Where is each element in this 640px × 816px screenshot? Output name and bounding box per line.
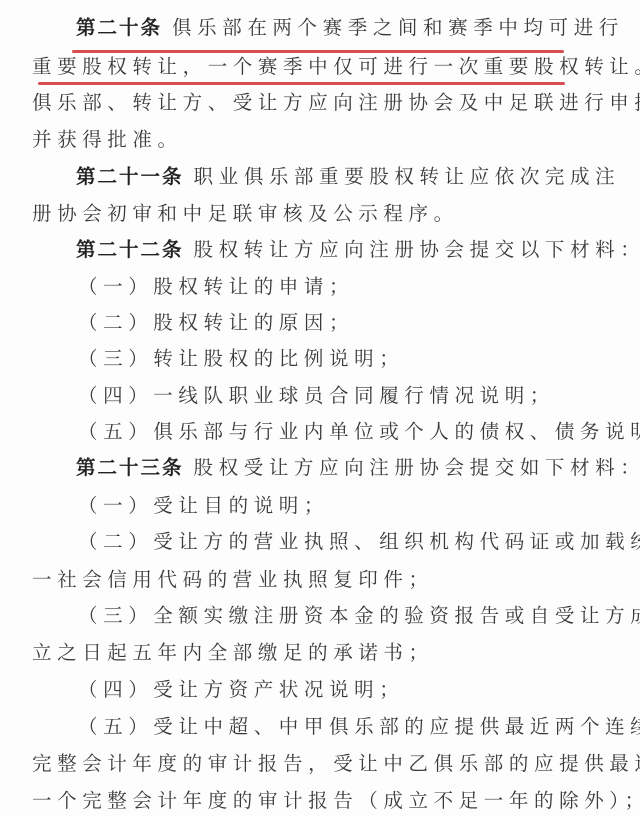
- article-22-item-1: （一）股权转让的申请；: [78, 275, 354, 299]
- article-23-title: 第二十三条: [76, 456, 184, 479]
- article-22-item-2: （二）股权转让的原因；: [78, 311, 354, 335]
- article-22-item-4: （四）一线队职业球员合同履行情况说明；: [78, 384, 555, 408]
- article-23-item-4: （四）受让方资产状况说明；: [78, 678, 404, 702]
- article-22-title: 第二十二条: [76, 238, 184, 261]
- article-21-line-1: 第二十一条职业俱乐部重要股权转让应依次完成注: [76, 165, 620, 189]
- article-23-line-1: 第二十三条股权受让方应向注册协会提交如下材料：: [76, 456, 640, 480]
- article-23-item-2: （二）受让方的营业执照、组织机构代码证或加载统: [78, 530, 640, 554]
- article-23-item-3: （三）全额实缴注册资本金的验资报告或自受让方成: [78, 604, 640, 628]
- article-20-line-1: 第二十条俱乐部在两个赛季之间和赛季中均可进行: [76, 16, 624, 40]
- article-22-item-3: （三）转让股权的比例说明；: [78, 347, 404, 371]
- article-20-line-3: 俱乐部、转让方、受让方应向注册协会及中足联进行申报: [32, 91, 640, 115]
- article-20-title: 第二十条: [76, 16, 162, 39]
- article-22-line-1: 第二十二条股权转让方应向注册协会提交以下材料：: [76, 238, 640, 262]
- article-20-line-4: 并获得批准。: [32, 128, 183, 152]
- article-21-title: 第二十一条: [76, 165, 184, 188]
- article-23-item-5: （五）受让中超、中甲俱乐部的应提供最近两个连续: [78, 715, 640, 739]
- article-23-item-5-cont-1: 完整会计年度的审计报告，受让中乙俱乐部的应提供最近: [32, 752, 640, 776]
- article-23-item-3-cont: 立之日起五年内全部缴足的承诺书；: [32, 641, 434, 665]
- article-22-item-5: （五）俱乐部与行业内单位或个人的债权、债务说明。: [78, 420, 640, 444]
- article-20-line-2: 重要股权转让，一个赛季中仅可进行一次重要股权转让。: [32, 55, 640, 79]
- red-underline-2: [38, 82, 565, 85]
- document-page: 第二十条俱乐部在两个赛季之间和赛季中均可进行 重要股权转让，一个赛季中仅可进行一…: [0, 0, 640, 816]
- article-23-item-2-cont: 一社会信用代码的营业执照复印件；: [32, 568, 434, 592]
- red-underline-1: [72, 50, 564, 53]
- article-21-line-2: 册协会初审和中足联审核及公示程序。: [32, 202, 459, 226]
- article-23-item-5-cont-2: 一个完整会计年度的审计报告（成立不足一年的除外）；: [32, 789, 640, 813]
- article-23-item-1: （一）受让目的说明；: [78, 494, 329, 518]
